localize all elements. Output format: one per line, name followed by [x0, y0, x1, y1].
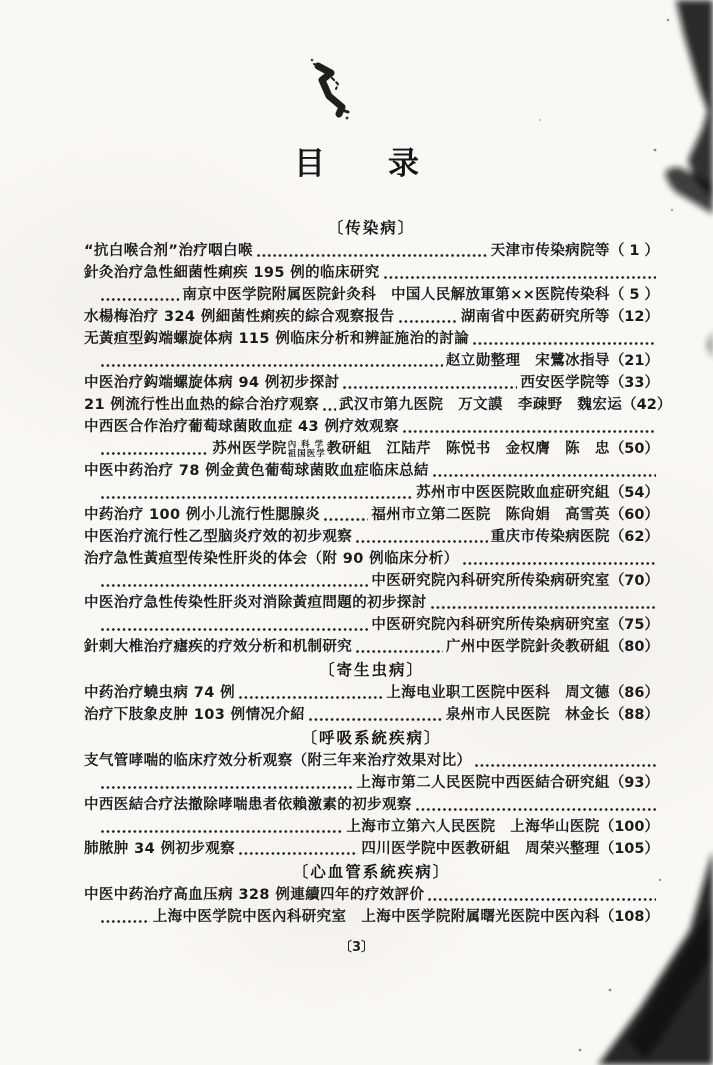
entry-source: 上海市第二人民医院中西医結合研究組	[357, 772, 610, 794]
entry-source: 上海电业职工医院中医科 周文德	[386, 682, 610, 704]
footer-page-number: 〔3〕	[0, 936, 713, 955]
entry-source: 教研組 江陆芹 陈悦书 金权膺 陈 忠	[327, 438, 610, 460]
entry-page-number: （50）	[610, 438, 659, 460]
dot-leader	[383, 275, 656, 280]
dot-leader	[100, 829, 343, 834]
entry-source: 重庆市传染病医院	[491, 526, 610, 548]
entry-source: 南京中医学院附属医院針灸科 中国人民解放軍第××医院传染科	[182, 284, 609, 306]
toc-entry-row: “抗白喉合剂”治疗咽白喉天津市传染病院等（ 1 ）	[84, 240, 659, 262]
entry-title: 无黃疸型鈎端螺旋体病 115 例临床分析和辨証施治的討論	[84, 328, 469, 350]
dot-leader	[342, 385, 517, 390]
entry-title: 中医治疗鈎端螺旋体病 94 例初步探討	[84, 372, 339, 394]
entry-title: 中医中药治疗 78 例金黄色葡萄球菌敗血症临床总結	[84, 460, 429, 482]
stacked-department-label: 內 科 学祖国医学	[288, 441, 326, 459]
dot-leader	[427, 897, 656, 902]
entry-source: 武汉市第九医院 万文謨 李疎野 魏宏运	[339, 394, 622, 416]
entry-source: 上海市立第六人民医院 上海华山医院	[346, 816, 599, 838]
entry-source: 苏州市中医医院敗血症研究組	[416, 482, 610, 504]
dot-leader	[462, 561, 656, 566]
entry-source: 中医研究院內科研究所传染病研究室	[371, 614, 609, 636]
entry-source: 广州中医学院針灸教研組	[446, 636, 610, 658]
toc-entry-title-row: 中医治疗急性传染性肝炎对消除黃疸問題的初步探討	[84, 592, 659, 614]
entry-page-number: （33）	[610, 372, 659, 394]
dot-leader	[323, 517, 368, 522]
toc-entry-row: 肺脓肿 34 例初步观察四川医学院中医教研組 周荣兴整理（105）	[84, 838, 659, 860]
toc-entry-title-row: 中医中药治疗 78 例金黄色葡萄球菌敗血症临床总結	[84, 460, 659, 482]
entry-page-number: （54）	[610, 482, 659, 504]
toc-entry-row: 中医治疗鈎端螺旋体病 94 例初步探討西安医学院等（33）	[84, 372, 659, 394]
toc-entry-source-row: 苏州医学院內 科 学祖国医学教研組 江陆芹 陈悦书 金权膺 陈 忠（50）	[84, 438, 659, 460]
dot-leader	[402, 429, 656, 434]
toc-entry-row: 中药治疗蟯虫病 74 例上海电业职工医院中医科 周文德（86）	[84, 682, 659, 704]
section-header: 〔传染病〕	[84, 216, 659, 240]
dot-leader	[474, 763, 656, 768]
toc-entry-title-row: 支气管哮喘的临床疗效分析观察（附三年来治疗效果对比）	[84, 750, 659, 772]
toc-entry-row: 水楊梅治疗 324 例細菌性痢疾的綜合观察报告湖南省中医葯研究所等（12）	[84, 306, 659, 328]
entry-title: 水楊梅治疗 324 例細菌性痢疾的綜合观察报告	[84, 306, 395, 328]
entry-page-number: （100）	[600, 816, 659, 838]
toc-entry-source-row: 中医研究院內科研究所传染病研究室（70）	[84, 570, 659, 592]
toc-entry-title-row: 中医中药治疗高血压病 328 例連續四年的疗效評价	[84, 884, 659, 906]
dot-leader	[415, 807, 656, 812]
toc-entry-row: 中药治疗 100 例小儿流行性腮腺炎福州市立第二医院 陈尙娟 高雪英（60）	[84, 504, 659, 526]
entry-page-number: （ 5 ）	[610, 284, 659, 306]
toc-entry-source-row: 南京中医学院附属医院針灸科 中国人民解放軍第××医院传染科（ 5 ）	[84, 284, 659, 306]
entry-page-number: （88）	[610, 704, 659, 726]
entry-page-number: （86）	[610, 682, 659, 704]
entry-title: 中西医合作治疗葡萄球菌敗血症 43 例疗效观察	[84, 416, 399, 438]
section-header: 〔寄生虫病〕	[84, 658, 659, 682]
entry-title: 中医中药治疗高血压病 328 例連續四年的疗效評价	[84, 884, 424, 906]
entry-page-number: （62）	[610, 526, 659, 548]
entry-page-number: （108）	[600, 906, 659, 928]
dot-leader	[322, 407, 336, 412]
dot-leader	[398, 319, 458, 324]
entry-title: 針刺大椎治疗瘧疾的疗效分析和机制研究	[84, 636, 352, 658]
dot-leader	[355, 539, 487, 544]
entry-title: “抗白喉合剂”治疗咽白喉	[84, 240, 253, 262]
entry-source: 上海中医学院中医內科研究室 上海中医学院附属曙光医院中医內科	[153, 906, 600, 928]
scanned-toc-page: 目 录 〔传染病〕“抗白喉合剂”治疗咽白喉天津市传染病院等（ 1 ）針灸治疗急性…	[0, 0, 713, 1065]
entry-page-number: （105）	[600, 838, 659, 860]
dot-leader	[430, 605, 656, 610]
page-title: 目 录	[0, 138, 713, 183]
entry-source-prefix: 苏州医学院	[212, 438, 287, 460]
dot-leader	[100, 583, 368, 588]
toc-entry-row: 針刺大椎治疗瘧疾的疗效分析和机制研究广州中医学院針灸教研組（80）	[84, 636, 659, 658]
toc-entry-source-row: 上海市立第六人民医院 上海华山医院（100）	[84, 816, 659, 838]
toc-entry-source-row: 上海中医学院中医內科研究室 上海中医学院附属曙光医院中医內科（108）	[84, 906, 659, 928]
toc-entry-title-row: 治疗急性黃疸型传染性肝炎的体会（附 90 例临床分析）	[84, 548, 659, 570]
dot-leader	[100, 297, 179, 302]
entry-source: 四川医学院中医教研組 周荣兴整理	[361, 838, 599, 860]
toc-entry-source-row: 赵立勋整理 宋鷺冰指导（21）	[84, 350, 659, 372]
toc-entry-source-row: 苏州市中医医院敗血症研究組（54）	[84, 482, 659, 504]
entry-source: 泉州市人民医院 林金长	[446, 704, 610, 726]
toc-entry-source-row: 中医研究院內科研究所传染病研究室（75）	[84, 614, 659, 636]
entry-page-number: （75）	[610, 614, 659, 636]
entry-source: 西安医学院等	[520, 372, 609, 394]
entry-source: 中医研究院內科研究所传染病研究室	[371, 570, 609, 592]
dot-leader	[472, 341, 656, 346]
entry-source: 赵立勋整理 宋鷺冰指导	[446, 350, 610, 372]
entry-page-number: （21）	[610, 350, 659, 372]
entry-title: 支气管哮喘的临床疗效分析观察（附三年来治疗效果对比）	[84, 750, 471, 772]
entry-title: 21 例流行性出血热的綜合治疗观察	[84, 394, 319, 416]
entry-source: 天津市传染病院等	[491, 240, 610, 262]
dot-leader	[256, 253, 488, 258]
section-header: 〔呼吸系統疾病〕	[84, 726, 659, 750]
toc-body: 〔传染病〕“抗白喉合剂”治疗咽白喉天津市传染病院等（ 1 ）針灸治疗急性細菌性痢…	[84, 216, 659, 928]
toc-entry-title-row: 无黃疸型鈎端螺旋体病 115 例临床分析和辨証施治的討論	[84, 328, 659, 350]
entry-page-number: （ 1 ）	[610, 240, 659, 262]
toc-entry-row: 21 例流行性出血热的綜合治疗观察武汉市第九医院 万文謨 李疎野 魏宏运（42）	[84, 394, 659, 416]
dot-leader	[100, 919, 150, 924]
entry-source: 福州市立第二医院 陈尙娟 高雪英	[371, 504, 609, 526]
dot-leader	[238, 851, 358, 856]
dot-leader	[100, 785, 354, 790]
entry-title: 中医治疗流行性乙型脑炎疗效的初步观察	[84, 526, 352, 548]
dot-leader	[100, 363, 443, 368]
dot-leader	[238, 695, 383, 700]
ink-blot	[298, 52, 368, 132]
toc-entry-title-row: 中西医結合疗法撤除哮喘患者依賴激素的初步观察	[84, 794, 659, 816]
dot-leader	[308, 717, 443, 722]
entry-page-number: （80）	[610, 636, 659, 658]
entry-title: 中西医結合疗法撤除哮喘患者依賴激素的初步观察	[84, 794, 412, 816]
dot-leader	[355, 649, 443, 654]
entry-source: 湖南省中医葯研究所等	[461, 306, 610, 328]
entry-title: 治疗急性黃疸型传染性肝炎的体会（附 90 例临床分析）	[84, 548, 459, 570]
entry-page-number: （93）	[610, 772, 659, 794]
dot-leader	[100, 495, 413, 500]
dot-leader	[432, 473, 656, 478]
entry-title: 中医治疗急性传染性肝炎对消除黃疸問題的初步探討	[84, 592, 427, 614]
entry-page-number: （12）	[610, 306, 659, 328]
dot-leader	[100, 627, 368, 632]
entry-page-number: （70）	[610, 570, 659, 592]
entry-title: 肺脓肿 34 例初步观察	[84, 838, 235, 860]
entry-title: 中药治疗 100 例小儿流行性腮腺炎	[84, 504, 320, 526]
dot-leader	[100, 451, 209, 456]
toc-entry-row: 中医治疗流行性乙型脑炎疗效的初步观察重庆市传染病医院（62）	[84, 526, 659, 548]
entry-page-number: （42）	[622, 394, 671, 416]
section-header: 〔心血管系統疾病〕	[84, 860, 659, 884]
entry-page-number: （60）	[610, 504, 659, 526]
entry-title: 針灸治疗急性細菌性痢疾 195 例的临床研究	[84, 262, 380, 284]
toc-entry-title-row: 中西医合作治疗葡萄球菌敗血症 43 例疗效观察	[84, 416, 659, 438]
toc-entry-row: 治疗下肢象皮肿 103 例情况介紹泉州市人民医院 林金长（88）	[84, 704, 659, 726]
toc-entry-source-row: 上海市第二人民医院中西医結合研究組（93）	[84, 772, 659, 794]
entry-title: 中药治疗蟯虫病 74 例	[84, 682, 235, 704]
toc-entry-title-row: 針灸治疗急性細菌性痢疾 195 例的临床研究	[84, 262, 659, 284]
entry-title: 治疗下肢象皮肿 103 例情况介紹	[84, 704, 305, 726]
